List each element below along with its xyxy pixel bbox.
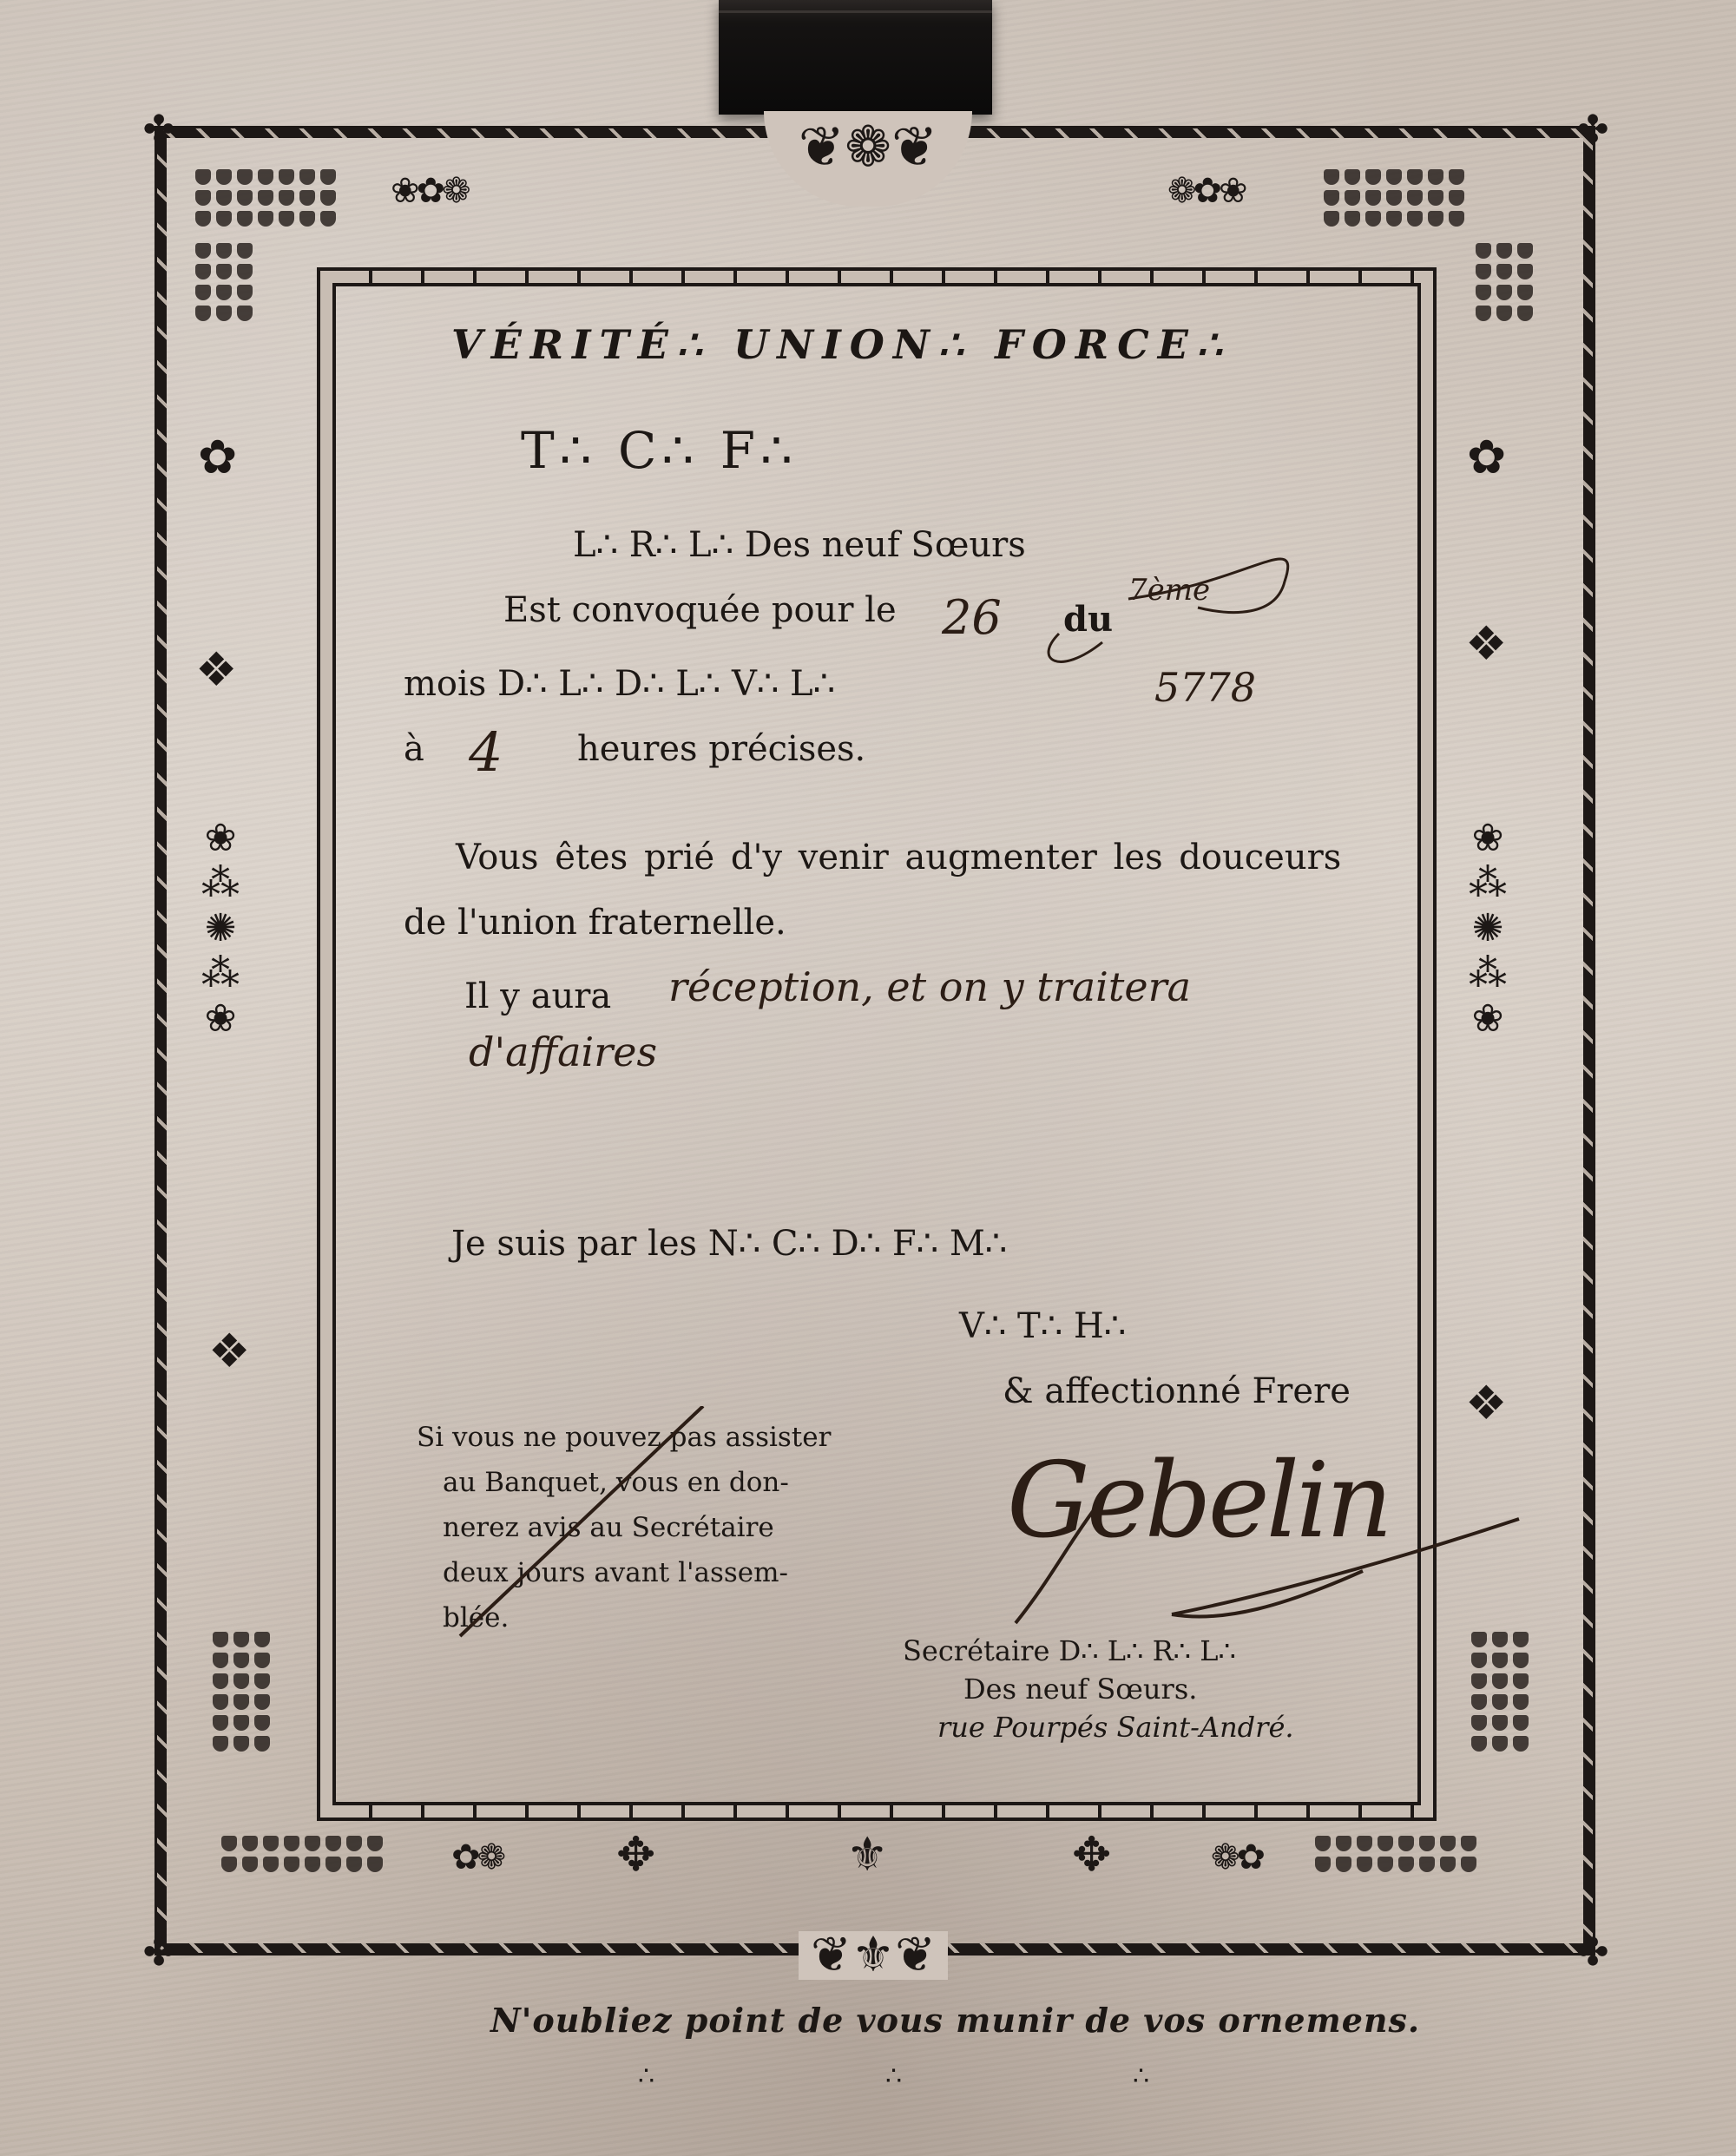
triple-dot-mark-icon: ∴ (1133, 2061, 1153, 2092)
lattice-ornament-left-column (195, 243, 253, 321)
corner-ornament-icon: ✤ (1573, 111, 1613, 151)
handwritten-year: 5778 (1154, 664, 1256, 711)
affection-line: & affectionné Frere (1003, 1371, 1351, 1411)
handwritten-day: 26 (942, 590, 1002, 645)
corner-ornament-icon: ✤ (1573, 1934, 1613, 1974)
invitation-line-1: Vous êtes prié d'y venir augmenter les d… (456, 838, 1341, 878)
rosette-square-icon: ❖ (1465, 1380, 1507, 1427)
hour-prefix: à (404, 729, 424, 769)
lattice-ornament-bottom-right (1471, 1632, 1529, 1752)
lodge-name-line: L∴ R∴ L∴ Des neuf Sœurs (573, 525, 1026, 565)
floral-spray-icon: ❀✿❁ (391, 174, 468, 208)
secretary-lodge: Des neuf Sœurs. (903, 1670, 1294, 1708)
strike-through-line-icon (451, 1406, 712, 1640)
masonic-motto: VÉRITÉ∴ UNION∴ FORCE∴ (451, 321, 1231, 368)
rosette-square-icon: ❖ (1465, 621, 1507, 667)
mounting-tab (719, 0, 992, 115)
rosette-square-icon: ❖ (195, 647, 237, 693)
handwritten-hour: 4 (469, 720, 503, 784)
signature-flourish-icon (998, 1476, 1536, 1649)
lattice-ornament-top-left (195, 169, 336, 227)
pendant-ornament-right: ❀⁂✺⁂❀ (1469, 816, 1507, 1042)
floral-spray-icon: ❁✿❀ (1167, 174, 1245, 208)
flower-cluster-icon: ✿ (1467, 434, 1506, 481)
lattice-ornament-top-right (1324, 169, 1464, 227)
flower-cluster-icon: ✿ (198, 434, 237, 481)
agenda-prefix: Il y aura (464, 976, 611, 1016)
cross-flower-icon: ✥ (1072, 1831, 1111, 1878)
secretary-title: Secrétaire D∴ L∴ R∴ L∴ (903, 1632, 1294, 1670)
floral-spray-icon: ✿❁ (451, 1840, 503, 1875)
handwritten-agenda-line-2: d'affaires (469, 1029, 657, 1075)
bottom-crest-ornament-icon: ❦⚜❦ (799, 1931, 948, 1980)
lattice-ornament-bottom-left (213, 1632, 270, 1752)
rosette-square-icon: ❖ (208, 1328, 250, 1375)
pendant-ornament-left: ❀⁂✺⁂❀ (201, 816, 240, 1042)
secretary-block: Secrétaire D∴ L∴ R∴ L∴ Des neuf Sœurs. r… (903, 1632, 1294, 1746)
closing-line: Je suis par les N∴ C∴ D∴ F∴ M∴ (451, 1224, 1007, 1264)
salutation: T∴ C∴ F∴ (521, 421, 798, 480)
ornaments-reminder: N'oubliez point de vous munir de vos orn… (490, 2001, 1420, 2040)
floral-spray-icon: ❁✿ (1211, 1840, 1262, 1875)
lattice-ornament-bottom-band-right (1315, 1836, 1476, 1872)
handwritten-agenda-line-1: réception, et on y traitera (668, 963, 1191, 1010)
corner-ornament-icon: ✤ (139, 111, 179, 151)
fleur-ornament-icon: ❦❁❦ (764, 120, 972, 175)
invitation-line-2: de l'union fraternelle. (404, 903, 786, 943)
convened-prefix: Est convoquée pour le (503, 590, 897, 630)
triple-dot-mark-icon: ∴ (885, 2061, 905, 2092)
lattice-ornament-right-column (1476, 243, 1533, 321)
corner-ornament-icon: ✤ (139, 1934, 179, 1974)
lattice-ornament-bottom-band-left (221, 1836, 383, 1872)
masonic-date-line: mois D∴ L∴ D∴ L∴ V∴ L∴ (404, 664, 835, 704)
heart-fleur-icon: ⚜ (846, 1831, 888, 1878)
triple-dot-mark-icon: ∴ (638, 2061, 658, 2092)
hour-suffix: heures précises. (577, 729, 865, 769)
secretary-address: rue Pourpés Saint-André. (903, 1708, 1294, 1746)
cross-flower-icon: ✥ (616, 1831, 655, 1878)
vth-line: V∴ T∴ H∴ (959, 1306, 1126, 1346)
